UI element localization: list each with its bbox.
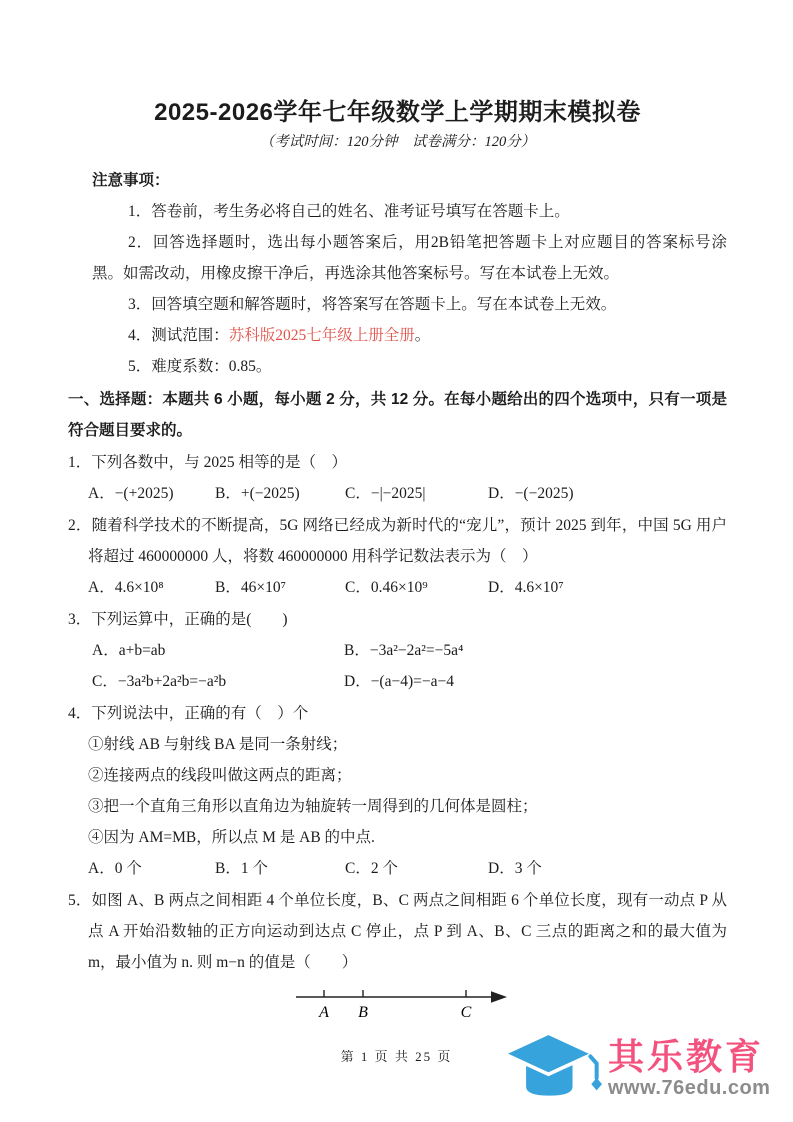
option-b: B．1 个	[215, 853, 345, 884]
notice-item-4-prefix: 4．测试范围：	[128, 327, 229, 344]
exam-paper-page: 2025-2026学年七年级数学上学期期末模拟卷 （考试时间：120分钟 试卷满…	[0, 0, 793, 1122]
question-2-text: 2．随着科学技术的不断提高，5G 网络已经成为新时代的“宠儿”，预计 2025 …	[68, 510, 727, 572]
exam-content: 2025-2026学年七年级数学上学期期末模拟卷 （考试时间：120分钟 试卷满…	[0, 92, 793, 1029]
notice-item-4-scope: 苏科版2025七年级上册全册	[229, 327, 415, 344]
question-4: 4．下列说法中，正确的有（ ）个 ①射线 AB 与射线 BA 是同一条射线； ②…	[68, 698, 727, 884]
brand-name: 其乐教育	[608, 1039, 770, 1075]
question-4-statement-3: ③把一个直角三角形以直角边为轴旋转一周得到的几何体是圆柱；	[88, 791, 727, 822]
cap-tassel	[590, 1056, 596, 1077]
question-4-options: A．0 个 B．1 个 C．2 个 D．3 个	[88, 853, 727, 884]
notice-item-3: 3．回答填空题和解答题时，将答案写在答题卡上。写在本试卷上无效。	[92, 289, 727, 320]
question-4-statement-4: ④因为 AM=MB，所以点 M 是 AB 的中点.	[88, 822, 727, 853]
notice-heading: 注意事项：	[92, 165, 727, 196]
question-3-options: A．a+b=ab B．−3a²−2a²=−5a⁴ C．−3a²b+2a²b=−a…	[92, 635, 727, 697]
option-d: D．−(−2025)	[488, 478, 727, 509]
option-a: A．0 个	[88, 853, 215, 884]
option-a: A．4.6×10⁸	[88, 572, 215, 603]
question-3-text: 3．下列运算中，正确的是( )	[68, 604, 727, 635]
question-4-statement-1: ①射线 AB 与射线 BA 是同一条射线；	[88, 729, 727, 760]
option-a: A．a+b=ab	[92, 635, 344, 666]
page-title: 2025-2026学年七年级数学上学期期末模拟卷	[68, 92, 727, 127]
arrow-right-icon	[491, 991, 507, 1003]
exam-time-score: （考试时间：120分钟 试卷满分：120分）	[68, 129, 727, 155]
option-c: C．−3a²b+2a²b=−a²b	[92, 666, 344, 697]
point-a-label: A	[318, 1004, 329, 1021]
notice-section: 注意事项： 1．答卷前，考生务必将自己的姓名、准考证号填写在答题卡上。 2．回答…	[92, 165, 727, 382]
notice-item-1: 1．答卷前，考生务必将自己的姓名、准考证号填写在答题卡上。	[92, 196, 727, 227]
option-d: D．4.6×10⁷	[488, 572, 727, 603]
question-5: 5．如图 A、B 两点之间相距 4 个单位长度，B、C 两点之间相距 6 个单位…	[68, 885, 727, 1029]
question-1-text: 1．下列各数中，与 2025 相等的是（ ）	[68, 447, 727, 478]
question-2-options: A．4.6×10⁸ B．46×10⁷ C．0.46×10⁹ D．4.6×10⁷	[88, 572, 727, 603]
brand-website: www.76edu.com	[608, 1078, 770, 1098]
notice-item-4-suffix: 。	[415, 327, 431, 344]
option-b: B．−3a²−2a²=−5a⁴	[344, 635, 727, 666]
number-line-diagram: A B C	[296, 984, 727, 1029]
question-4-text: 4．下列说法中，正确的有（ ）个	[68, 698, 727, 729]
point-b-label: B	[358, 1004, 368, 1021]
notice-item-5: 5．难度系数：0.85。	[92, 351, 727, 382]
graduation-cap-icon	[502, 1028, 602, 1108]
option-d: D．3 个	[488, 853, 727, 884]
point-c-label: C	[461, 1004, 472, 1021]
option-b: B．+(−2025)	[215, 478, 345, 509]
section-one-heading: 一、选择题：本题共 6 小题，每小题 2 分，共 12 分。在每小题给出的四个选…	[68, 384, 727, 446]
option-b: B．46×10⁷	[215, 572, 345, 603]
option-d: D．−(a−4)=−a−4	[344, 666, 727, 697]
brand-text: 其乐教育 www.76edu.com	[608, 1039, 770, 1098]
number-line-svg: A B C	[296, 984, 508, 1024]
notice-item-4: 4．测试范围：苏科版2025七年级上册全册。	[92, 320, 727, 351]
cap-tassel-knob	[591, 1078, 602, 1091]
question-4-statement-2: ②连接两点的线段叫做这两点的距离；	[88, 760, 727, 791]
question-5-text: 5．如图 A、B 两点之间相距 4 个单位长度，B、C 两点之间相距 6 个单位…	[68, 885, 727, 978]
option-c: C．2 个	[345, 853, 488, 884]
option-c: C．0.46×10⁹	[345, 572, 488, 603]
brand-watermark: 其乐教育 www.76edu.com	[502, 1028, 770, 1108]
option-c: C．−|−2025|	[345, 478, 488, 509]
option-a: A．−(+2025)	[88, 478, 215, 509]
cap-board	[504, 1033, 593, 1074]
notice-item-2: 2．回答选择题时，选出每小题答案后，用2B铅笔把答题卡上对应题目的答案标号涂黑。…	[92, 227, 727, 289]
question-3: 3．下列运算中，正确的是( ) A．a+b=ab B．−3a²−2a²=−5a⁴…	[68, 604, 727, 697]
question-2: 2．随着科学技术的不断提高，5G 网络已经成为新时代的“宠儿”，预计 2025 …	[68, 510, 727, 603]
question-1-options: A．−(+2025) B．+(−2025) C．−|−2025| D．−(−20…	[88, 478, 727, 509]
question-1: 1．下列各数中，与 2025 相等的是（ ） A．−(+2025) B．+(−2…	[68, 447, 727, 509]
